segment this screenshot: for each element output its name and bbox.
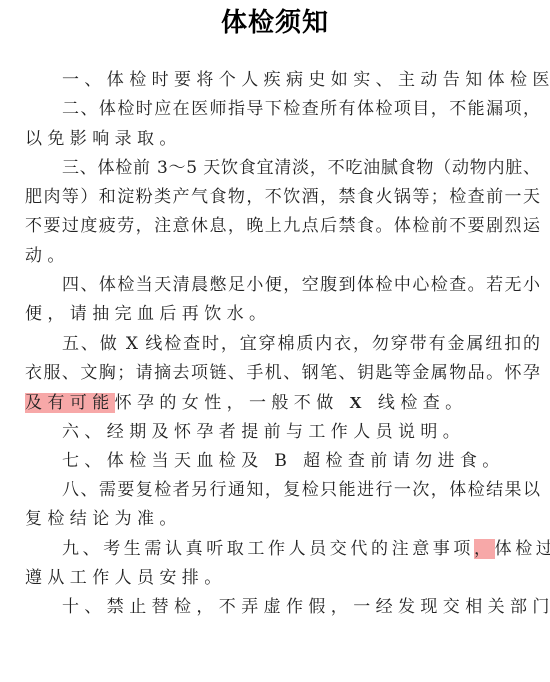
item-8-line-2: 复检结论为准。 — [25, 505, 540, 534]
item-8-line-1: 八、需要复检者另行通知，复检只能进行一次，体检结果以 — [25, 476, 540, 505]
document-body: 一、体检时要将个人疾病史如实、主动告知体检医师。 二、体检时应在医师指导下检查所… — [25, 66, 540, 623]
x-ray-letter: X — [349, 393, 367, 412]
item-3-line-1: 三、体检前 3～5 天饮食宜清淡，不吃油腻食物（动物内脏、 — [25, 154, 540, 183]
item-10-line-1: 十、禁止替检，不弄虚作假，一经发现交相关部门处理。 — [25, 593, 540, 622]
item-5-line-3-rest: 怀孕的女性，一般不做 — [115, 393, 350, 413]
item-4-line-2: 便，请抽完血后再饮水。 — [25, 300, 540, 329]
text-highlight: ， — [474, 539, 495, 559]
item-2-line-1: 二、体检时应在医师指导下检查所有体检项目，不能漏项， — [25, 95, 540, 124]
item-9-line-1-after: 体检过程中 — [495, 539, 550, 559]
document-title: 体检须知 — [0, 2, 550, 39]
item-9-line-1-before: 九、考生需认真听取工作人员交代的注意事项 — [62, 539, 474, 559]
item-7-line-1: 七、体检当天血检及 B 超检查前请勿进食。 — [25, 447, 540, 476]
item-3-line-2: 肥肉等）和淀粉类产气食物，不饮酒，禁食火锅等；检查前一天 — [25, 183, 540, 212]
item-5-line-1: 五、做 X 线检查时，宜穿棉质内衣，勿穿带有金属纽扣的 — [25, 330, 540, 359]
item-6-line-1: 六、经期及怀孕者提前与工作人员说明。 — [25, 418, 540, 447]
item-5-line-2: 衣服、文胸；请摘去项链、手机、钢笔、钥匙等金属物品。怀孕 — [25, 359, 540, 388]
item-5-line-3: 及有可能怀孕的女性，一般不做 X 线检查。 — [25, 388, 540, 417]
item-2-line-2: 以免影响录取。 — [25, 125, 540, 154]
item-9-line-2: 遵从工作人员安排。 — [25, 564, 540, 593]
item-5-line-3-end: 线检查。 — [367, 393, 467, 413]
item-9-line-1: 九、考生需认真听取工作人员交代的注意事项，体检过程中 — [25, 535, 540, 564]
item-3-line-4: 动。 — [25, 242, 540, 271]
item-1-line-1: 一、体检时要将个人疾病史如实、主动告知体检医师。 — [25, 66, 540, 95]
item-4-line-1: 四、体检当天清晨憋足小便，空腹到体检中心检查。若无小 — [25, 271, 540, 300]
item-3-line-3: 不要过度疲劳，注意休息，晚上九点后禁食。体检前不要剧烈运 — [25, 212, 540, 241]
text-highlight: 及有可能 — [25, 393, 115, 413]
